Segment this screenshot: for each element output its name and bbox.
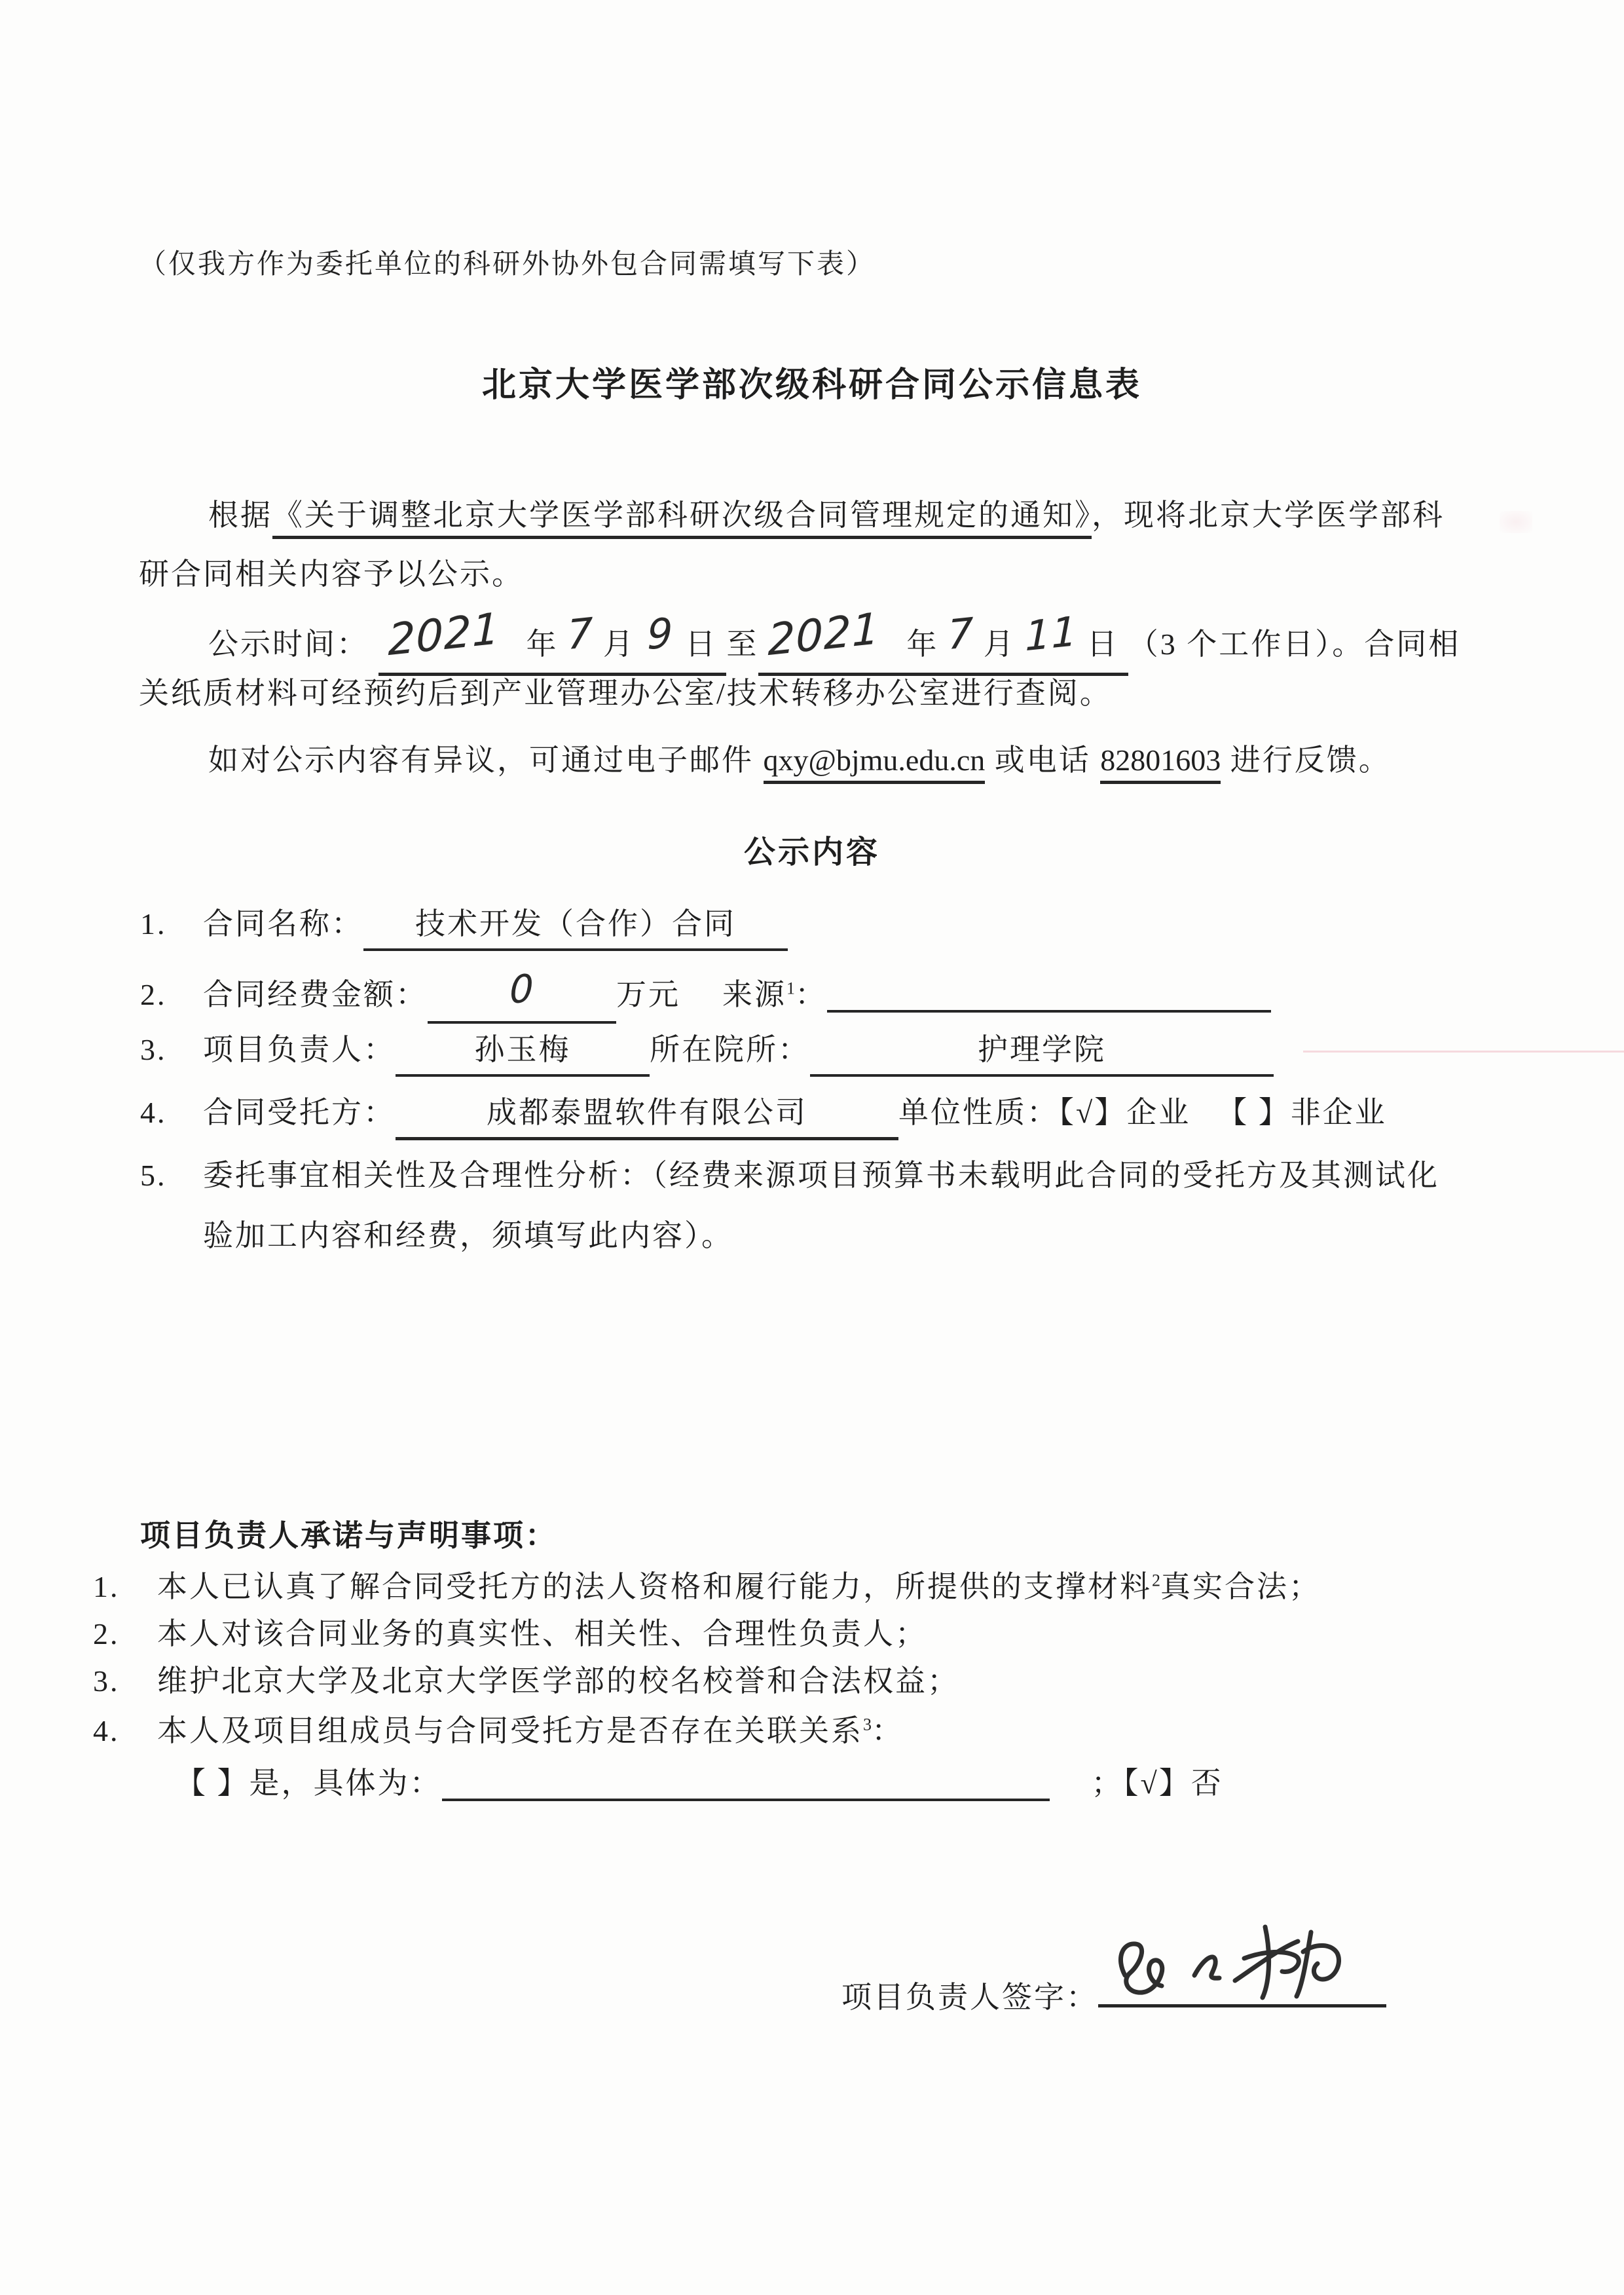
feedback-email: qxy@bjmu.edu.cn <box>764 743 986 784</box>
note-line: （仅我方作为委托单位的科研外协外包合同需填写下表） <box>139 248 876 282</box>
item2-number: 2. <box>140 976 203 1014</box>
item4-number: 4. <box>140 1094 203 1132</box>
item2-label: 合同经费金额： <box>203 978 428 1011</box>
intro-prefix: 根据 <box>208 498 272 532</box>
item1-label: 合同名称： <box>203 907 363 941</box>
decl4-number: 4. <box>93 1712 157 1750</box>
publicity-period-label: 公示时间： <box>208 627 369 661</box>
declaration-item-1: 1.本人已认真了解合同受托方的法人资格和履行能力，所提供的支撑材料2真实合法； <box>93 1568 1321 1606</box>
handwritten-start-month: 7 <box>568 607 594 661</box>
content-item-5: 5.委托事宜相关性及合理性分析：（经费来源项目预算书未载明此合同的受托方及其测试… <box>140 1157 1439 1195</box>
handwritten-end-month: 7 <box>948 607 974 661</box>
item5-number: 5. <box>140 1157 203 1195</box>
publicity-period-line1-rest: （3 个工作日）。合同相 <box>1128 627 1461 661</box>
relation-no-checkbox: 【√】否 <box>1124 1766 1223 1800</box>
enterprise-checkbox: 【√】企业 <box>1059 1096 1190 1129</box>
source-footnote-marker: 1 <box>786 979 795 998</box>
end-day-unit: 日 <box>1087 627 1119 661</box>
end-date-field: 2021年7月11日 <box>758 613 1128 676</box>
decl1-text-post: 真实合法； <box>1160 1570 1321 1603</box>
content-heading: 公示内容 <box>0 833 1624 872</box>
end-year-unit: 年 <box>906 627 938 661</box>
contractor-field: 成都泰盟软件有限公司 <box>396 1094 898 1140</box>
content-item-2: 2.合同经费金额：0万元来源1： <box>140 968 1271 1024</box>
contract-name-field: 技术开发（合作）合同 <box>363 905 788 951</box>
document-page: （仅我方作为委托单位的科研外协外包合同需填写下表） 北京大学医学部次级科研合同公… <box>0 0 1624 2295</box>
declaration-item-4: 4.本人及项目组成员与合同受托方是否存在关联关系3： <box>93 1712 904 1750</box>
notice-title-underlined: 《关于调整北京大学医学部科研次级合同管理规定的通知》 <box>272 498 1092 539</box>
relation-yes-checkbox: 【 】是，具体为： <box>175 1766 442 1800</box>
non-enterprise-checkbox: 【 】非企业 <box>1217 1096 1387 1129</box>
scan-artifact-pink-line <box>1303 1051 1624 1053</box>
item3-number: 3. <box>140 1031 203 1069</box>
item5-line2: 验加工内容和经费，须填写此内容）。 <box>203 1217 733 1255</box>
handwritten-start-year: 2021 <box>388 602 500 668</box>
start-month-unit: 月 <box>603 627 635 661</box>
item2-unit: 万元 <box>616 978 680 1011</box>
amount-field: 0 <box>428 968 616 1024</box>
item3-label: 项目负责人： <box>203 1033 396 1066</box>
item5-line1: 委托事宜相关性及合理性分析：（经费来源项目预算书未载明此合同的受托方及其测试化 <box>203 1159 1439 1192</box>
handwritten-start-day: 9 <box>647 607 673 661</box>
document-title: 北京大学医学部次级科研合同公示信息表 <box>0 364 1624 407</box>
publicity-period-line2: 关纸质材料可经预约后到产业管理办公室/技术转移办公室进行查阅。 <box>139 675 1112 713</box>
handwritten-end-year: 2021 <box>768 602 880 668</box>
content-item-1: 1.合同名称：技术开发（合作）合同 <box>140 905 788 951</box>
scan-artifact-smudge <box>1500 511 1532 533</box>
decl1-number: 1. <box>93 1568 157 1606</box>
relation-footnote-marker: 3 <box>863 1715 872 1734</box>
item1-number: 1. <box>140 905 203 943</box>
unit-nature-label: 单位性质： <box>898 1096 1059 1129</box>
decl3-number: 3. <box>93 1662 157 1700</box>
handwritten-end-day: 11 <box>1025 606 1077 662</box>
feedback-suffix: 进行反馈。 <box>1221 743 1391 777</box>
declaration-heading: 项目负责人承诺与声明事项： <box>140 1517 557 1555</box>
relation-line: 【 】是，具体为：；【√】否 <box>175 1762 1223 1802</box>
declaration-item-2: 2.本人对该合同业务的真实性、相关性、合理性负责人； <box>93 1615 927 1653</box>
support-material-footnote-marker: 2 <box>1152 1571 1160 1590</box>
end-month-unit: 月 <box>984 627 1016 661</box>
decl3-text: 维护北京大学及北京大学医学部的校名校誉和合法权益； <box>157 1664 959 1698</box>
item4-label: 合同受托方： <box>203 1096 396 1129</box>
intro-line2: 研合同相关内容予以公示。 <box>139 555 524 593</box>
period-to: 至 <box>726 627 758 661</box>
decl4-text-post: ： <box>872 1714 904 1747</box>
decl4-text: 本人及项目组成员与合同受托方是否存在关联关系 <box>157 1714 863 1747</box>
feedback-prefix: 如对公示内容有异议，可通过电子邮件 <box>208 743 764 777</box>
start-date-field: 2021年7月9日 <box>378 613 727 676</box>
content-item-3: 3.项目负责人：孙玉梅所在院所：护理学院 <box>140 1031 1274 1077</box>
handwritten-amount: 0 <box>509 964 534 1015</box>
item3-dept-label: 所在院所： <box>650 1033 810 1066</box>
decl1-text: 本人已认真了解合同受托方的法人资格和履行能力，所提供的支撑材料 <box>157 1570 1152 1603</box>
intro-line1-rest: ，现将北京大学医学部科 <box>1092 498 1445 532</box>
feedback-phone: 82801603 <box>1100 743 1221 784</box>
department-field: 护理学院 <box>810 1031 1274 1077</box>
content-item-4: 4.合同受托方：成都泰盟软件有限公司单位性质：【√】企业【 】非企业 <box>140 1094 1387 1140</box>
feedback-line: 如对公示内容有异议，可通过电子邮件 qxy@bjmu.edu.cn 或电话 82… <box>139 741 1391 779</box>
publicity-period-line1: 公示时间： 2021年7月9日至2021年7月11日（3 个工作日）。合同相 <box>139 613 1460 676</box>
start-year-unit: 年 <box>526 627 558 661</box>
intro-line1: 根据《关于调整北京大学医学部科研次级合同管理规定的通知》，现将北京大学医学部科 <box>139 496 1445 534</box>
relation-detail-field <box>442 1762 1050 1801</box>
signature-label: 项目负责人签字： <box>841 1981 1098 2014</box>
relation-separator: ； <box>1092 1766 1124 1800</box>
start-day-unit: 日 <box>685 627 717 661</box>
source-field <box>827 973 1271 1013</box>
feedback-middle: 或电话 <box>985 743 1100 777</box>
decl2-number: 2. <box>93 1615 157 1653</box>
source-colon: ： <box>795 978 827 1011</box>
declaration-item-3: 3.维护北京大学及北京大学医学部的校名校誉和合法权益； <box>93 1662 959 1700</box>
signature-row: 项目负责人签字： <box>841 1970 1386 2017</box>
decl2-text: 本人对该合同业务的真实性、相关性、合理性负责人； <box>157 1617 927 1651</box>
source-label: 来源 <box>722 978 786 1011</box>
pi-name-field: 孙玉梅 <box>396 1031 650 1077</box>
signature-field <box>1098 1970 1386 2007</box>
